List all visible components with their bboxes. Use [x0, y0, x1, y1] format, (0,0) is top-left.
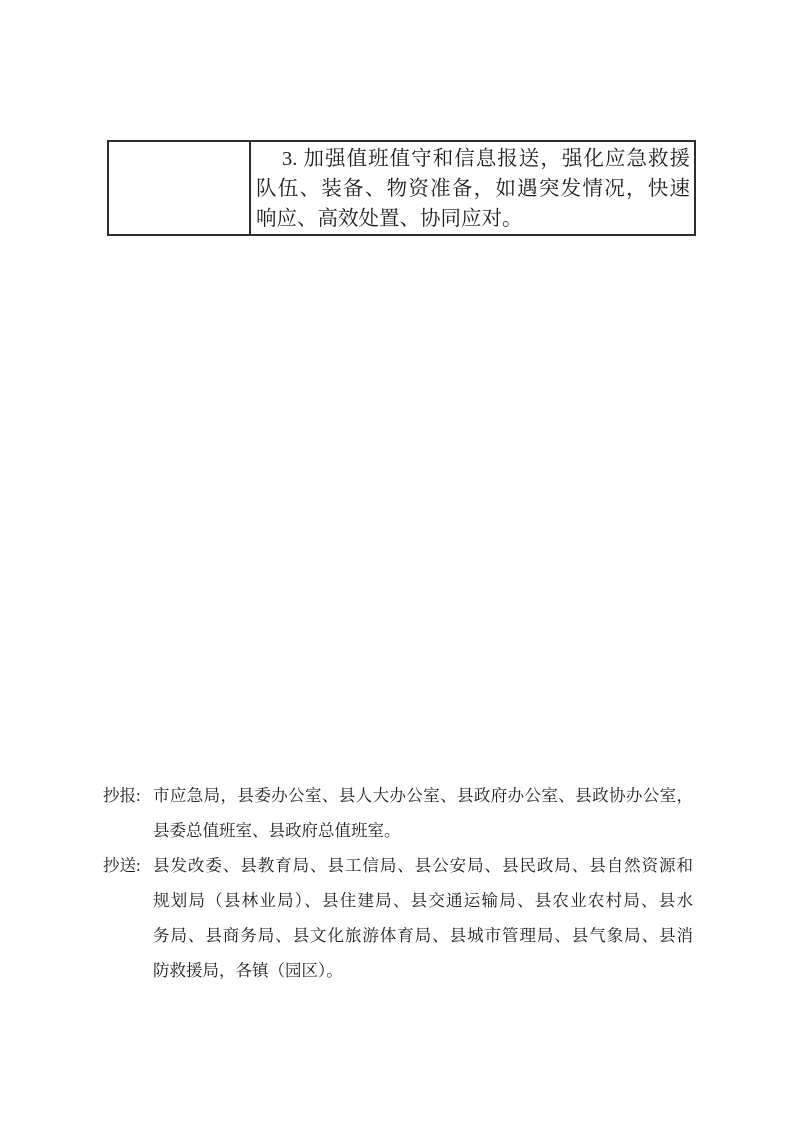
copy-send-line-1: 县发改委、县教育局、县工信局、县公安局、县民政局、县自然资源和 — [153, 848, 693, 883]
distribution-block: 抄报: 市应急局，县委办公室、县人大办公室、县政府办公室、县政协办公室， 县委总… — [103, 778, 693, 988]
copy-send-line-4: 防救援局，各镇（园区）。 — [153, 953, 693, 988]
copy-report-entry: 抄报: 市应急局，县委办公室、县人大办公室、县政府办公室、县政协办公室， 县委总… — [103, 778, 693, 848]
measures-table: 3. 加强值班值守和信息报送，强化应急救援 队伍、装备、物资准备，如遇突发情况，… — [107, 140, 696, 236]
copy-report-line-2: 县委总值班室、县政府总值班室。 — [153, 813, 693, 848]
table-cell-left-empty — [109, 142, 251, 234]
copy-send-text: 县发改委、县教育局、县工信局、县公安局、县民政局、县自然资源和 规划局（县林业局… — [153, 848, 693, 988]
table-text-line-2: 队伍、装备、物资准备，如遇突发情况，快速 — [256, 174, 690, 204]
table-text-line-1: 3. 加强值班值守和信息报送，强化应急救援 — [256, 144, 690, 174]
document-page: 3. 加强值班值守和信息报送，强化应急救援 队伍、装备、物资准备，如遇突发情况，… — [0, 0, 793, 1122]
table-cell-measures: 3. 加强值班值守和信息报送，强化应急救援 队伍、装备、物资准备，如遇突发情况，… — [251, 142, 694, 234]
copy-send-label: 抄送: — [103, 848, 153, 883]
copy-report-label: 抄报: — [103, 778, 153, 813]
table-text-line-3: 响应、高效处置、协同应对。 — [256, 204, 690, 234]
copy-report-line-1: 市应急局，县委办公室、县人大办公室、县政府办公室、县政协办公室， — [153, 778, 693, 813]
copy-report-text: 市应急局，县委办公室、县人大办公室、县政府办公室、县政协办公室， 县委总值班室、… — [153, 778, 693, 848]
copy-send-line-3: 务局、县商务局、县文化旅游体育局、县城市管理局、县气象局、县消 — [153, 918, 693, 953]
copy-send-entry: 抄送: 县发改委、县教育局、县工信局、县公安局、县民政局、县自然资源和 规划局（… — [103, 848, 693, 988]
copy-send-line-2: 规划局（县林业局）、县住建局、县交通运输局、县农业农村局、县水 — [153, 883, 693, 918]
